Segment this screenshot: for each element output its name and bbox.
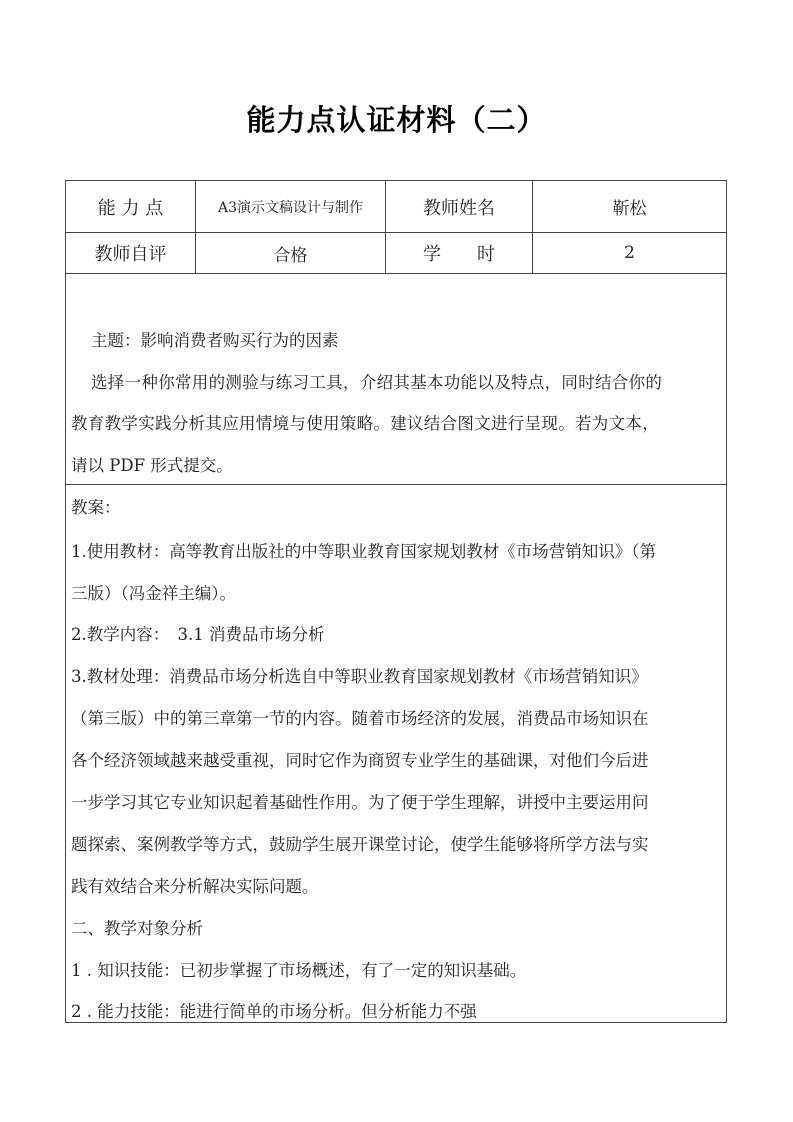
- document-title: 能力点认证材料（二）: [0, 98, 793, 139]
- label-class-hours: 学 时: [386, 233, 532, 273]
- lesson-plan-line: 1.使用教材：高等教育出版社的中等职业教育国家规划教材《市场营销知识》（第: [71, 538, 656, 562]
- label-self-evaluation: 教师自评: [66, 233, 195, 273]
- assignment-line: 教育教学实践分析其应用情境与使用策略。建议结合图文进行呈现。若为文本，: [71, 410, 659, 434]
- lesson-plan-line: 3.教材处理：消费品市场分析选自中等职业教育国家规划教材《市场营销知识》: [71, 663, 648, 687]
- row-divider: [66, 273, 726, 274]
- section-heading: 二、教学对象分析: [71, 915, 203, 939]
- lesson-plan-line: 三版）（冯金祥主编）。: [71, 580, 236, 604]
- lesson-plan-line: （第三版）中的第三章第一节的内容。随着市场经济的发展，消费品市场知识在: [71, 705, 649, 729]
- lesson-plan-line: 1 . 知识技能：已初步掌握了市场概述，有了一定的知识基础。: [71, 957, 526, 981]
- lesson-plan-line: 2 . 能力技能：能进行简单的市场分析。但分析能力不强: [71, 998, 477, 1022]
- label-teacher-name: 教师姓名: [386, 181, 532, 232]
- value-ability-point: A3演示文稿设计与制作: [196, 181, 385, 232]
- assignment-line: 请以 PDF 形式提交。: [71, 452, 233, 476]
- label-ability-point: 能 力 点: [66, 181, 195, 232]
- lesson-plan-line: 一步学习其它专业知识起着基础性作用。为了便于学生理解，讲授中主要运用问: [71, 789, 649, 813]
- lesson-plan-heading: 教案：: [71, 494, 121, 518]
- lesson-plan-line: 各个经济领域越来越受重视，同时它作为商贸专业学生的基础课，对他们今后进: [71, 747, 649, 771]
- lesson-plan-line: 践有效结合来分析解决实际问题。: [71, 873, 319, 897]
- assignment-line: 选择一种你常用的测验与练习工具，介绍其基本功能以及特点，同时结合你的: [91, 369, 662, 393]
- section-divider: [66, 484, 726, 485]
- value-teacher-name: 靳松: [533, 181, 726, 232]
- lesson-plan-line: 2.教学内容： 3.1 消费品市场分析: [71, 621, 324, 645]
- assignment-theme: 主题：影响消费者购买行为的因素: [91, 327, 339, 351]
- value-class-hours: 2: [533, 233, 726, 273]
- certification-table: 能 力 点 A3演示文稿设计与制作 教师姓名 靳松 教师自评 合格 学 时 2 …: [65, 180, 727, 1023]
- value-self-evaluation: 合格: [196, 233, 385, 273]
- lesson-plan-line: 题探索、案例教学等方式，鼓励学生展开课堂讨论，使学生能够将所学方法与实: [71, 831, 649, 855]
